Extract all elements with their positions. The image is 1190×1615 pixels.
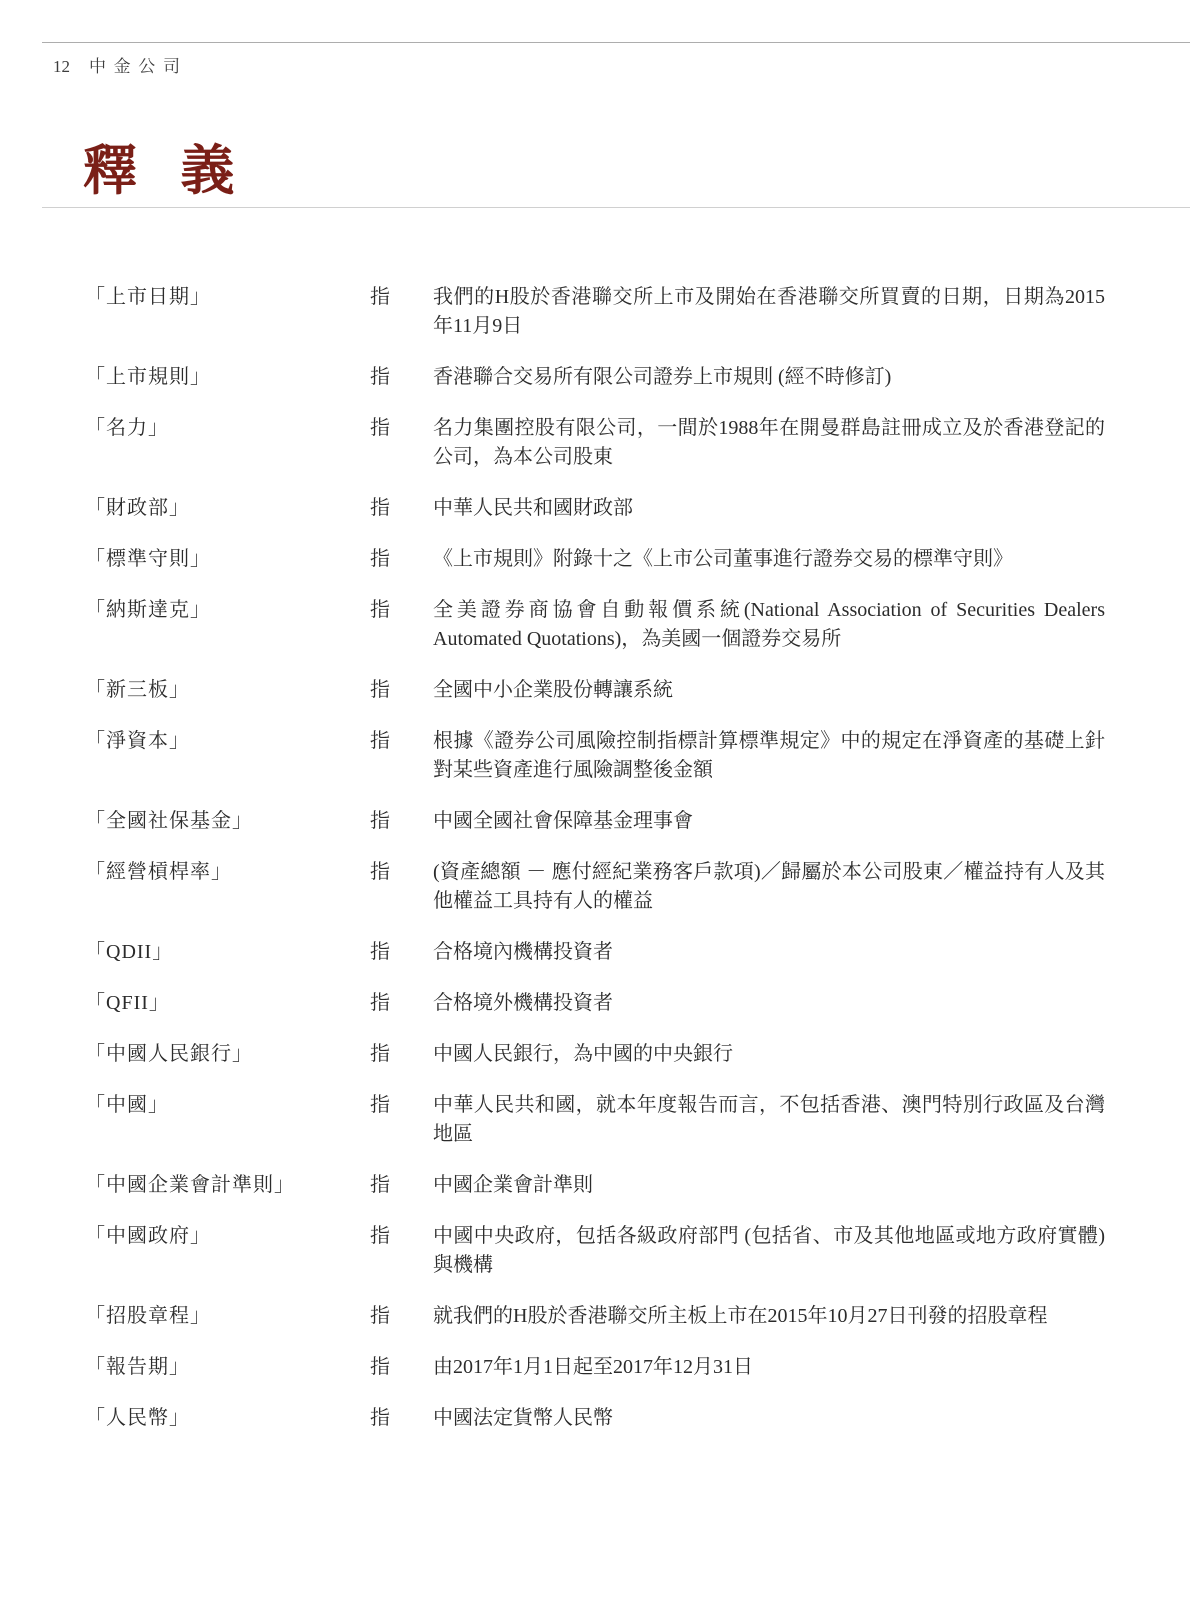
means-label: 指 <box>370 858 433 916</box>
term: 「QDII」 <box>85 938 370 967</box>
definition-row: 「QFII」 指 合格境外機構投資者 <box>85 989 1105 1018</box>
definition: 就我們的H股於香港聯交所主板上市在2015年10月27日刊發的招股章程 <box>433 1302 1105 1331</box>
means-label: 指 <box>370 363 433 392</box>
definition: 中華人民共和國，就本年度報告而言，不包括香港、澳門特別行政區及台灣地區 <box>433 1091 1105 1149</box>
definition-row: 「中國」 指 中華人民共和國，就本年度報告而言，不包括香港、澳門特別行政區及台灣… <box>85 1091 1105 1149</box>
definition-row: 「納斯達克」 指 全美證券商協會自動報價系統(National Associat… <box>85 596 1105 654</box>
company-name: 中金公司 <box>89 52 188 77</box>
definition: 全美證券商協會自動報價系統(National Association of Se… <box>433 596 1105 654</box>
term: 「人民幣」 <box>85 1404 370 1433</box>
definition-row: 「經營槓桿率」 指 (資產總額 － 應付經紀業務客戶款項)／歸屬於本公司股東／權… <box>85 858 1105 916</box>
term: 「經營槓桿率」 <box>85 858 370 916</box>
definition: 由2017年1月1日起至2017年12月31日 <box>433 1353 1105 1382</box>
term: 「中國政府」 <box>85 1222 370 1280</box>
term: 「中國」 <box>85 1091 370 1149</box>
definition-row: 「淨資本」 指 根據《證券公司風險控制指標計算標準規定》中的規定在淨資產的基礎上… <box>85 727 1105 785</box>
definition: 中國人民銀行，為中國的中央銀行 <box>433 1040 1105 1069</box>
means-label: 指 <box>370 676 433 705</box>
means-label: 指 <box>370 1171 433 1200</box>
definition-row: 「中國人民銀行」 指 中國人民銀行，為中國的中央銀行 <box>85 1040 1105 1069</box>
definition-row: 「中國政府」 指 中國中央政府，包括各級政府部門 (包括省、市及其他地區或地方政… <box>85 1222 1105 1280</box>
definition: 合格境外機構投資者 <box>433 989 1105 1018</box>
means-label: 指 <box>370 1040 433 1069</box>
means-label: 指 <box>370 1404 433 1433</box>
means-label: 指 <box>370 938 433 967</box>
term: 「全國社保基金」 <box>85 807 370 836</box>
means-label: 指 <box>370 414 433 472</box>
means-label: 指 <box>370 1353 433 1382</box>
term: 「報告期」 <box>85 1353 370 1382</box>
term: 「上市日期」 <box>85 283 370 341</box>
definition: 香港聯合交易所有限公司證券上市規則 (經不時修訂) <box>433 363 1105 392</box>
term: 「中國人民銀行」 <box>85 1040 370 1069</box>
definition-row: 「標準守則」 指 《上市規則》附錄十之《上市公司董事進行證券交易的標準守則》 <box>85 545 1105 574</box>
definition: 《上市規則》附錄十之《上市公司董事進行證券交易的標準守則》 <box>433 545 1105 574</box>
definition: 根據《證券公司風險控制指標計算標準規定》中的規定在淨資產的基礎上針對某些資產進行… <box>433 727 1105 785</box>
definition: 中國法定貨幣人民幣 <box>433 1404 1105 1433</box>
definition: 中國全國社會保障基金理事會 <box>433 807 1105 836</box>
means-label: 指 <box>370 545 433 574</box>
means-label: 指 <box>370 596 433 654</box>
term: 「納斯達克」 <box>85 596 370 654</box>
definition: 中國企業會計準則 <box>433 1171 1105 1200</box>
definition-row: 「全國社保基金」 指 中國全國社會保障基金理事會 <box>85 807 1105 836</box>
means-label: 指 <box>370 283 433 341</box>
means-label: 指 <box>370 1091 433 1149</box>
title-divider <box>42 207 1190 208</box>
definition: 中國中央政府，包括各級政府部門 (包括省、市及其他地區或地方政府實體) 與機構 <box>433 1222 1105 1280</box>
means-label: 指 <box>370 1302 433 1331</box>
term: 「名力」 <box>85 414 370 472</box>
term: 「淨資本」 <box>85 727 370 785</box>
definition-row: 「招股章程」 指 就我們的H股於香港聯交所主板上市在2015年10月27日刊發的… <box>85 1302 1105 1331</box>
term: 「中國企業會計準則」 <box>85 1171 370 1200</box>
definition-row: 「報告期」 指 由2017年1月1日起至2017年12月31日 <box>85 1353 1105 1382</box>
definition: 名力集團控股有限公司，一間於1988年在開曼群島註冊成立及於香港登記的公司，為本… <box>433 414 1105 472</box>
definition-row: 「財政部」 指 中華人民共和國財政部 <box>85 494 1105 523</box>
term: 「標準守則」 <box>85 545 370 574</box>
definition-row: 「中國企業會計準則」 指 中國企業會計準則 <box>85 1171 1105 1200</box>
definition-row: 「上市日期」 指 我們的H股於香港聯交所上市及開始在香港聯交所買賣的日期，日期為… <box>85 283 1105 341</box>
term: 「QFII」 <box>85 989 370 1018</box>
page-number: 12 <box>53 57 70 77</box>
definition: (資產總額 － 應付經紀業務客戶款項)／歸屬於本公司股東／權益持有人及其他權益工… <box>433 858 1105 916</box>
definition-row: 「人民幣」 指 中國法定貨幣人民幣 <box>85 1404 1105 1433</box>
page-header: 12 中金公司 <box>53 52 188 77</box>
page-title: 釋 義 <box>83 128 237 205</box>
means-label: 指 <box>370 727 433 785</box>
definition-row: 「新三板」 指 全國中小企業股份轉讓系統 <box>85 676 1105 705</box>
term: 「新三板」 <box>85 676 370 705</box>
term: 「上市規則」 <box>85 363 370 392</box>
definition-row: 「名力」 指 名力集團控股有限公司，一間於1988年在開曼群島註冊成立及於香港登… <box>85 414 1105 472</box>
definition: 合格境內機構投資者 <box>433 938 1105 967</box>
definition: 中華人民共和國財政部 <box>433 494 1105 523</box>
definition: 全國中小企業股份轉讓系統 <box>433 676 1105 705</box>
means-label: 指 <box>370 494 433 523</box>
means-label: 指 <box>370 989 433 1018</box>
definition-row: 「QDII」 指 合格境內機構投資者 <box>85 938 1105 967</box>
definition: 我們的H股於香港聯交所上市及開始在香港聯交所買賣的日期，日期為2015年11月9… <box>433 283 1105 341</box>
definitions-list: 「上市日期」 指 我們的H股於香港聯交所上市及開始在香港聯交所買賣的日期，日期為… <box>85 283 1105 1455</box>
term: 「招股章程」 <box>85 1302 370 1331</box>
definition-row: 「上市規則」 指 香港聯合交易所有限公司證券上市規則 (經不時修訂) <box>85 363 1105 392</box>
term: 「財政部」 <box>85 494 370 523</box>
header-divider <box>42 42 1190 43</box>
means-label: 指 <box>370 1222 433 1280</box>
means-label: 指 <box>370 807 433 836</box>
